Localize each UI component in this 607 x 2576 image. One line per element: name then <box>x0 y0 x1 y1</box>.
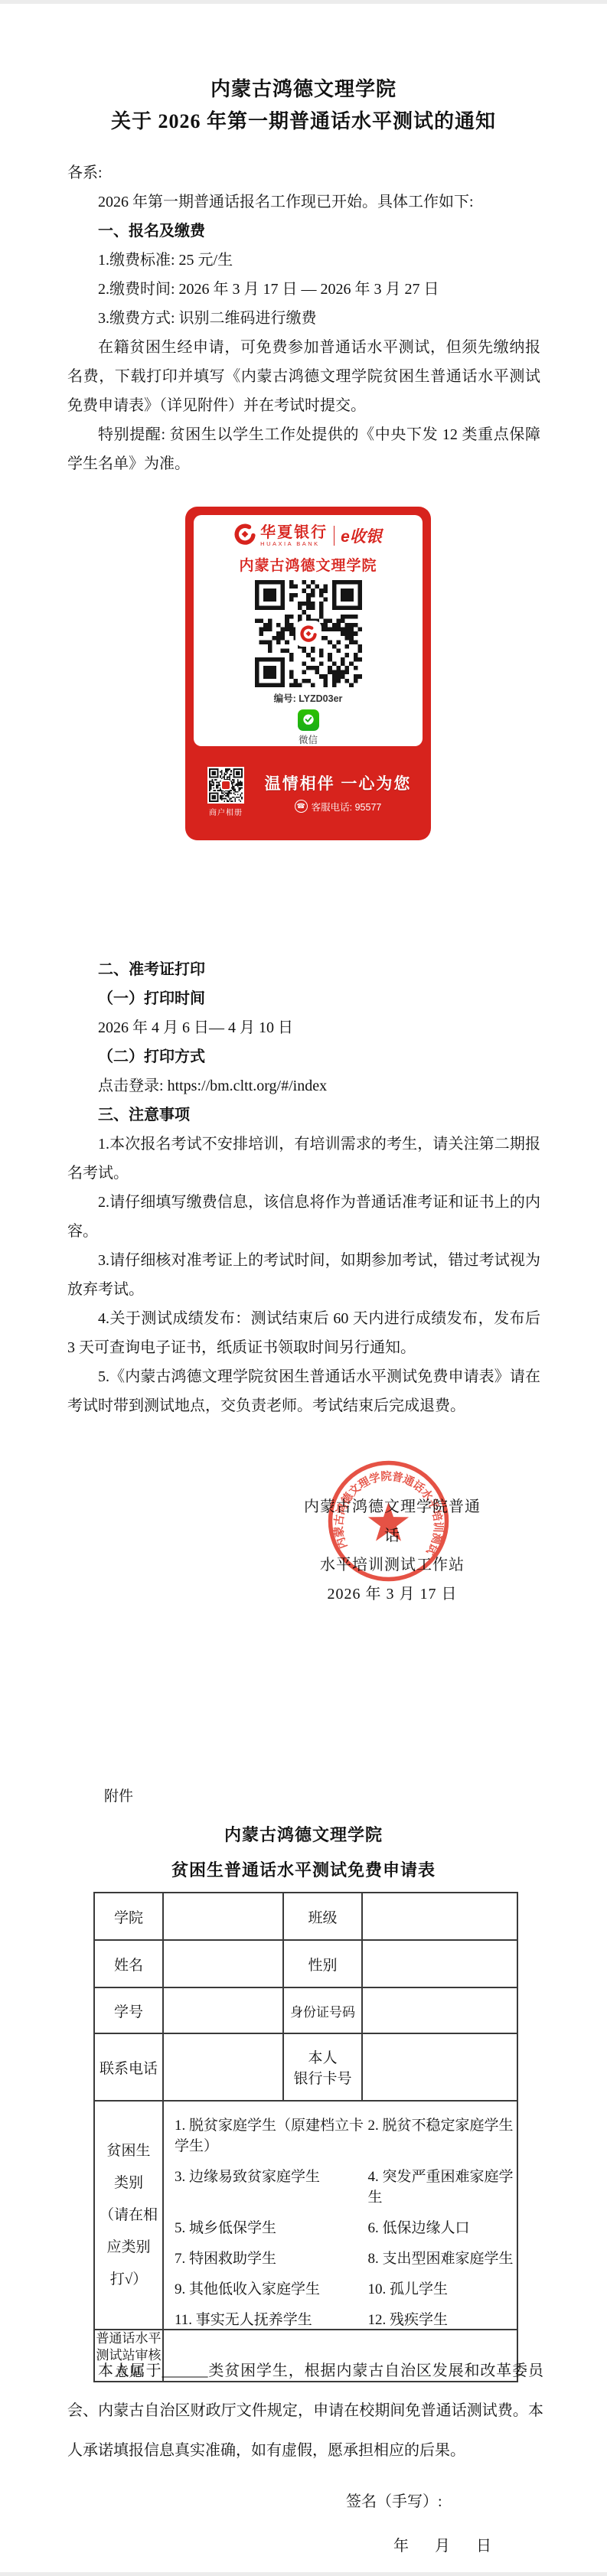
notice-title: 内蒙古鸿德文理学院 关于 2026 年第一期普通话水平测试的通知 <box>0 73 607 138</box>
login-link-line: 点击登录: https://bm.cltt.org/#/index <box>67 1071 540 1101</box>
field-label-phone: 联系电话 <box>94 2033 163 2101</box>
date-line: 年 月 日 <box>393 2533 491 2555</box>
handwritten-signature-label: 签名（手写）: <box>346 2489 442 2511</box>
svg-text:内蒙古鸿德文理学院普通话水平培训测试站: 内蒙古鸿德文理学院普通话水平培训测试站 <box>325 1458 445 1558</box>
field-label-id-number: 身份证号码 <box>283 1987 362 2033</box>
scanned-notice-document: 内蒙古鸿德文理学院 关于 2026 年第一期普通话水平测试的通知 各系: 202… <box>0 0 607 2576</box>
bank-name-en: HUAXIA BANK <box>260 540 328 547</box>
merchant-name: 内蒙古鸿德文理学院 <box>239 554 377 575</box>
bank-card-label-line2: 银行卡号 <box>284 2067 361 2088</box>
fee-standard-item: 1.缴费标准: 25 元/生 <box>67 246 540 275</box>
note-item-3: 3.请仔细核对准考证上的考试时间，如期参加考试，错过考试视为放弃考试。 <box>67 1246 540 1304</box>
note-item-5: 5.《内蒙古鸿德文理学院贫困生普通话水平测试免费申请表》请在考试时带到测试地点，… <box>67 1362 540 1420</box>
category-item-1: 1. 脱贫家庭学生（原建档立卡学生） <box>175 2114 368 2155</box>
application-form-table: 学院 班级 姓名 性别 学号 身份证号码 联系电话 本人 <box>93 1892 518 2382</box>
section1-heading: 一、报名及缴费 <box>67 217 540 246</box>
merchant-small-qr-block: 商户相册 <box>198 767 253 817</box>
category-label-line5: 打√） <box>95 2264 162 2296</box>
qr-card-bottom-band: 商户相册 温情相伴 一心为您 ☎ 客服电话: 95577 <box>194 752 423 832</box>
category-item-2: 2. 脱贫不稳定家庭学生 <box>368 2114 514 2155</box>
special-reminder-paragraph: 特别提醒: 贫困生以学生工作处提供的《中央下发 12 类重点保障学生名单》为准。 <box>67 420 540 478</box>
category-item-8: 8. 支出型困难家庭学生 <box>368 2247 514 2268</box>
intro-paragraph: 2026 年第一期普通话报名工作现已开始。具体工作如下: <box>67 187 540 217</box>
review-label-line1: 普通话水平 <box>95 2330 162 2347</box>
date-year-char: 年 <box>393 2533 409 2555</box>
category-item-4: 4. 突发严重困难家庭学生 <box>368 2165 514 2206</box>
category-label-line3: （请在相 <box>95 2199 162 2232</box>
category-item-6: 6. 低保边缘人口 <box>368 2216 514 2237</box>
page-top-edge <box>0 0 607 4</box>
notice-body-page2: 二、准考证打印 （一）打印时间 2026 年 4 月 6 日— 4 月 10 日… <box>67 955 540 1420</box>
gender-value-cell <box>362 1940 517 1987</box>
seal-star-icon <box>368 1502 409 1541</box>
print-time-value: 2026 年 4 月 6 日— 4 月 10 日 <box>67 1013 540 1042</box>
name-value-cell <box>163 1940 283 1987</box>
page-bottom-edge <box>0 2572 607 2576</box>
poverty-free-paragraph: 在籍贫困生经申请，可免费参加普通话水平测试，但须先缴纳报名费，下载打印并填写《内… <box>67 333 540 420</box>
hotline-text: 客服电话: 95577 <box>312 800 382 814</box>
note-item-1: 1.本次报名考试不安排培训，有培训需求的考生，请关注第二期报名考试。 <box>67 1130 540 1188</box>
date-day-char: 日 <box>476 2533 491 2555</box>
category-item-7: 7. 特困救助学生 <box>175 2247 368 2268</box>
category-item-9: 9. 其他低收入家庭学生 <box>175 2278 368 2298</box>
qr-card-white-panel: 华夏银行 HUAXIA BANK e收银 内蒙古鸿德文理学院 编号: LYZD0… <box>194 515 423 746</box>
official-seal: 内蒙古鸿德文理学院普通话水平培训测试站 <box>325 1458 452 1584</box>
notice-title-line1: 内蒙古鸿德文理学院 <box>0 73 607 106</box>
field-label-college: 学院 <box>94 1893 163 1940</box>
merchant-small-qr-code <box>207 767 244 804</box>
note-item-2: 2.请仔细填写缴费信息，该信息将作为普通话准考证和证书上的内容。 <box>67 1188 540 1246</box>
category-label-line4: 应类别 <box>95 2232 162 2264</box>
print-time-subheading: （一）打印时间 <box>67 984 540 1013</box>
print-method-subheading: （二）打印方式 <box>67 1042 540 1071</box>
note-item-4: 4.关于测试成绩发布：测试结束后 60 天内进行成绩发布，发布后 3 天可查询电… <box>67 1304 540 1362</box>
id-number-value-cell <box>362 1987 517 2033</box>
e-shouyin-logo: e收银 <box>341 524 382 547</box>
bank-slogan: 温情相伴 一心为您 <box>265 771 412 794</box>
category-item-10: 10. 孤儿学生 <box>368 2278 514 2298</box>
field-label-gender: 性别 <box>283 1940 362 1987</box>
category-item-3: 3. 边缘易致贫家庭学生 <box>175 2165 368 2206</box>
login-url[interactable]: https://bm.cltt.org/#/index <box>168 1078 328 1094</box>
payment-qr-code <box>255 580 362 687</box>
category-item-11: 11. 事实无人抚养学生 <box>175 2308 368 2329</box>
bank-logo-row: 华夏银行 HUAXIA BANK e收银 <box>234 524 382 547</box>
salutation: 各系: <box>67 158 540 187</box>
category-label: 贫困生 类别 （请在相 应类别 打√） <box>94 2101 163 2330</box>
field-label-student-id: 学号 <box>94 1987 163 2033</box>
small-qr-label: 商户相册 <box>209 806 243 817</box>
attachment-label: 附件 <box>104 1785 133 1805</box>
bank-card-value-cell <box>362 2033 517 2101</box>
fee-method-item: 3.缴费方式: 识别二维码进行缴费 <box>67 304 540 333</box>
small-qr-center-logo-icon <box>222 781 230 789</box>
attachment-title: 内蒙古鸿德文理学院 贫困生普通话水平测试免费申请表 <box>0 1818 607 1888</box>
attachment-title-line2: 贫困生普通话水平测试免费申请表 <box>0 1853 607 1888</box>
login-prefix: 点击登录: <box>98 1078 168 1094</box>
payment-qr-card: 华夏银行 HUAXIA BANK e收银 内蒙古鸿德文理学院 编号: LYZD0… <box>185 507 431 840</box>
class-value-cell <box>362 1893 517 1940</box>
field-label-class: 班级 <box>283 1893 362 1940</box>
category-options-cell: 1. 脱贫家庭学生（原建档立卡学生） 2. 脱贫不稳定家庭学生 3. 边缘易致贫… <box>163 2101 517 2330</box>
category-label-line2: 类别 <box>95 2167 162 2199</box>
wechat-icon <box>298 709 319 731</box>
date-month-char: 月 <box>435 2533 450 2555</box>
student-id-value-cell <box>163 1987 283 2033</box>
qr-code-number: 编号: LYZD03er <box>274 691 343 705</box>
qr-center-logo-icon <box>297 622 320 645</box>
fee-time-item: 2.缴费时间: 2026 年 3 月 17 日 — 2026 年 3 月 27 … <box>67 275 540 304</box>
bank-card-label-line1: 本人 <box>284 2046 361 2067</box>
huaxia-bank-logo-icon <box>234 523 256 549</box>
seal-ring-text: 内蒙古鸿德文理学院普通话水平培训测试站 <box>325 1458 445 1558</box>
notice-title-line2: 关于 2026 年第一期普通话水平测试的通知 <box>0 106 607 138</box>
section2-heading: 二、准考证打印 <box>67 955 540 984</box>
wechat-label: 微信 <box>299 732 318 746</box>
hotline-row: ☎ 客服电话: 95577 <box>295 800 382 814</box>
category-item-12: 12. 残疾学生 <box>368 2308 514 2329</box>
college-value-cell <box>163 1893 283 1940</box>
category-label-line1: 贫困生 <box>95 2135 162 2167</box>
attachment-title-line1: 内蒙古鸿德文理学院 <box>0 1818 607 1853</box>
logo-divider <box>334 526 335 546</box>
category-item-5: 5. 城乡低保学生 <box>175 2216 368 2237</box>
phone-value-cell <box>163 2033 283 2101</box>
field-label-bank-card: 本人 银行卡号 <box>283 2033 362 2101</box>
bank-name: 华夏银行 <box>260 525 328 540</box>
phone-icon: ☎ <box>295 800 308 813</box>
pledge-paragraph: 本人属于______类贫困学生，根据内蒙古自治区发展和改革委员会、内蒙古自治区财… <box>67 2351 543 2470</box>
notice-body-page1: 各系: 2026 年第一期普通话报名工作现已开始。具体工作如下: 一、报名及缴费… <box>67 158 540 478</box>
section3-heading: 三、注意事项 <box>67 1101 540 1130</box>
field-label-name: 姓名 <box>94 1940 163 1987</box>
